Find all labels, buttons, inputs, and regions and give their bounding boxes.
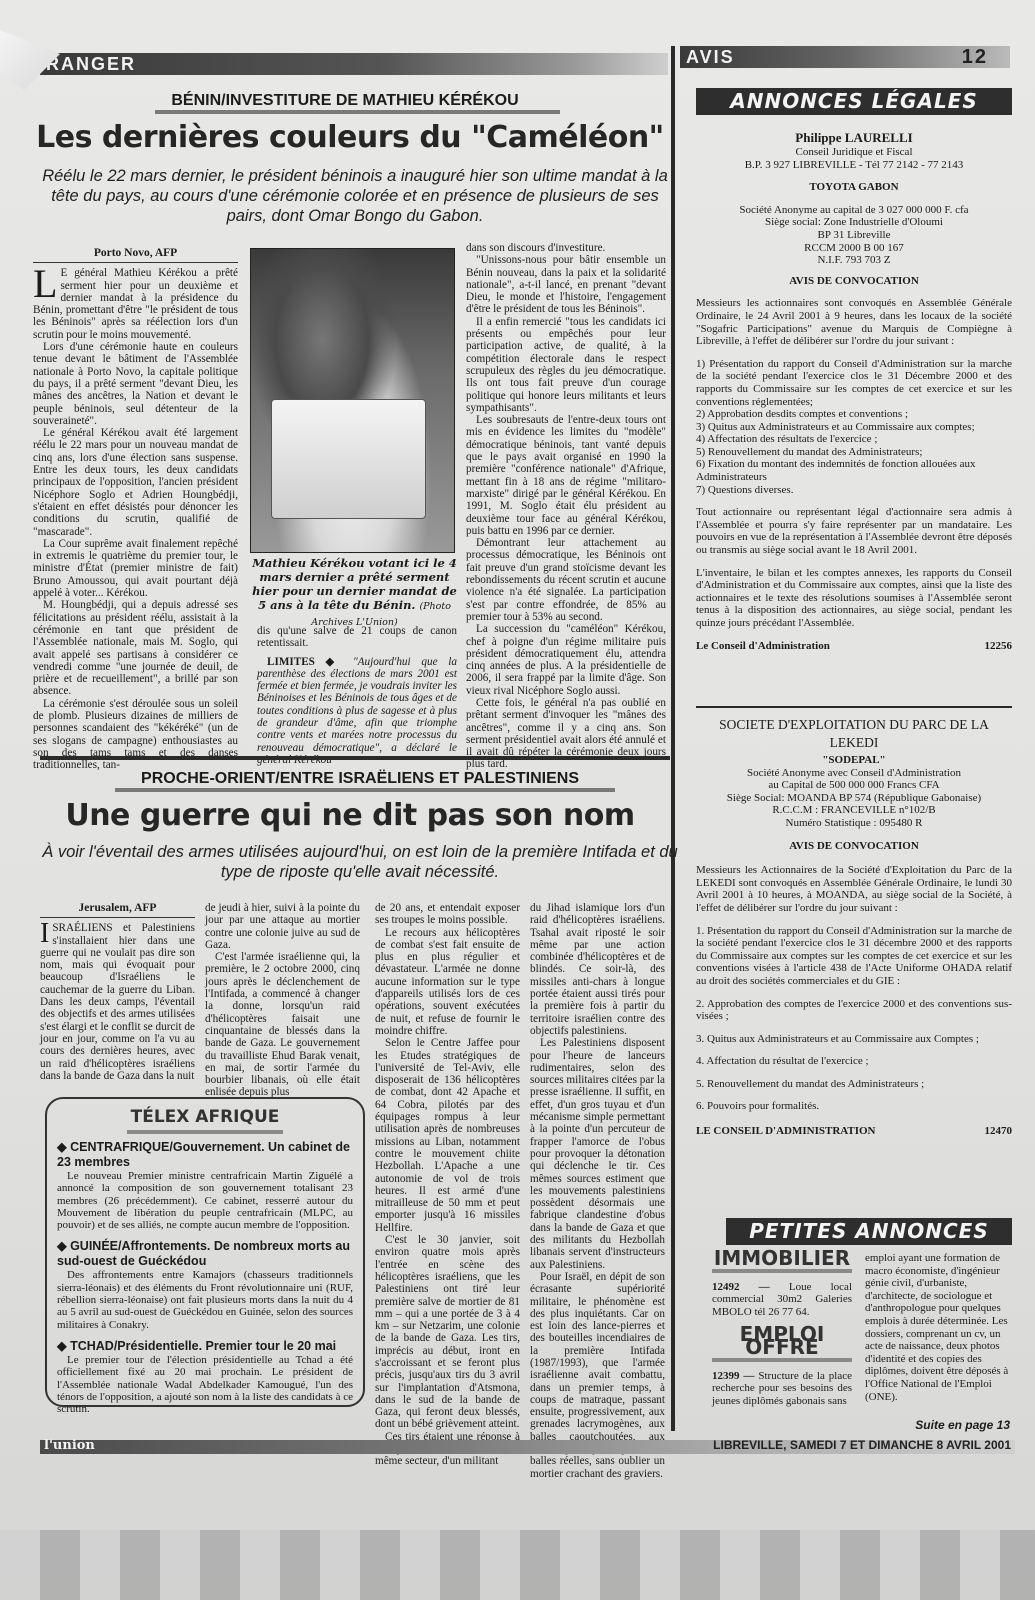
article2-column-4: du Jihad islamique lors d'un raid d'héli… [530, 902, 665, 1480]
dateline: Jerusalem, AFP [40, 902, 195, 918]
footer-band: l'union LIBREVILLE, SAMEDI 7 ET DIMANCHE… [40, 1440, 1015, 1454]
paragraph: "Unissons-nous pour bâtir ensemble un Bé… [466, 254, 666, 315]
notice-divider [696, 706, 1012, 708]
agenda-list: 1) Présentation du rapport du Conseil d'… [696, 358, 1012, 497]
paragraph-limites: LIMITES ◆ "Aujourd'hui que la parenthèse… [257, 656, 457, 767]
kicker-underline [115, 788, 615, 792]
annonces-legales-banner: ANNONCES LÉGALES [696, 88, 1012, 115]
continued-note: Suite en page 13 [880, 1418, 1010, 1432]
paragraph: Le général Kérékou avait été largement r… [33, 427, 238, 538]
classified-ad: 12399 — Structure de la place recherche … [712, 1370, 852, 1408]
paragraph: M. Houngbédji, qui a depuis adressé ses … [33, 599, 238, 697]
article2-column-3: de 20 ans, et entendait exposer ses trou… [375, 902, 520, 1468]
column-divider [671, 46, 675, 1431]
notice-ref: 12256 [985, 640, 1013, 653]
masthead-logo: l'union [44, 1438, 95, 1453]
dateline: Porto Novo, AFP [33, 247, 238, 263]
paragraph: Les soubresauts de l'entre-deux tours on… [466, 414, 666, 537]
page-number: 12 [962, 46, 988, 68]
footer-dateline: LIBREVILLE, SAMEDI 7 ET DIMANCHE 8 AVRIL… [713, 1438, 1011, 1452]
photo-kerekou-voting [250, 248, 455, 553]
article1-deck: Réélu le 22 mars dernier, le président b… [30, 166, 680, 226]
section-band-right: AVIS 12 [680, 46, 1010, 68]
notice-title: AVIS DE CONVOCATION [696, 275, 1012, 288]
notice-ref: 12470 [985, 1125, 1013, 1138]
article1-column-3: dans son discours d'investiture. "Unisso… [466, 242, 666, 771]
photo-caption: Mathieu Kérékou votant ici le 4 mars der… [252, 556, 457, 630]
article2-headline: Une guerre qui ne dit pas son nom [40, 796, 660, 836]
paragraph: du Jihad islamique lors d'un raid d'héli… [530, 902, 665, 1037]
paragraph: La cérémonie s'est déroulée sous un sole… [33, 698, 238, 772]
telex-item-text: Des affrontements entre Kamajors (chasse… [57, 1269, 353, 1330]
article2-column-1: Jerusalem, AFP ISRAÉLIENS et Palestinien… [40, 902, 195, 1082]
paragraph: de 20 ans, et entendait exposer ses trou… [375, 902, 520, 927]
kicker-underline [155, 110, 560, 114]
paragraph: LE général Mathieu Kérékou a prêté serme… [33, 267, 238, 341]
petites-annonces-banner: PETITES ANNONCES [726, 1218, 1012, 1245]
paragraph: Démontrant leur attachement au processus… [466, 537, 666, 623]
notice-toyota-gabon: Philippe LAURELLI Conseil Juridique et F… [696, 130, 1012, 652]
notice-sodepal: SOCIETE D'EXPLOITATION DU PARC DE LA LEK… [696, 716, 1012, 1138]
category-emploi-offre: EMPLOI OFFRE [712, 1328, 852, 1353]
notice-signature-row: LE CONSEIL D'ADMINISTRATION 12470 [696, 1125, 1012, 1138]
paragraph: dans son discours d'investiture. [466, 242, 666, 254]
telex-item-headline: ◆ CENTRAFRIQUE/Gouvernement. Un cabinet … [57, 1140, 353, 1170]
article2-column-2: de jeudi à hier, suivi à la pointe du jo… [205, 902, 360, 1099]
agenda-list: 1. Présentation du rapport du Conseil d'… [696, 925, 1012, 1114]
newspaper-page: RANGER AVIS 12 BÉNIN/INVESTITURE DE MATH… [0, 0, 1035, 1600]
telex-item-headline: ◆ GUINÉE/Affrontements. De nombreux mort… [57, 1239, 353, 1269]
notice-title: AVIS DE CONVOCATION [696, 840, 1012, 853]
folded-corner [0, 30, 60, 90]
paragraph: Selon le Centre Jaffee pour les Etudes s… [375, 1037, 520, 1234]
paragraph: C'est l'armée israélienne qui, la premiè… [205, 951, 360, 1099]
classifieds-column-2: emploi ayant une formation de macro écon… [865, 1252, 1010, 1403]
article1-headline: Les dernières couleurs du "Caméléon" [20, 118, 680, 158]
paragraph: Les Palestiniens disposent pour l'heure … [530, 1037, 665, 1271]
paragraph: de jeudi à hier, suivi à la pointe du jo… [205, 902, 360, 951]
notice-signature-row: Le Conseil d'Administration 12256 [696, 640, 1012, 653]
classifieds-column-1: IMMOBILIER 12492 — Loue local commercial… [712, 1252, 852, 1407]
article1-column-2: dis qu'une salve de 21 coups de canon re… [257, 625, 457, 766]
paragraph: C'est le 30 janvier, soit environ quatre… [375, 1234, 520, 1431]
section-title-avis: AVIS [686, 47, 735, 67]
telex-item-headline: ◆ TCHAD/Présidentielle. Premier tour le … [57, 1339, 353, 1354]
section-band-left: RANGER [40, 53, 668, 75]
section-title: RANGER [46, 54, 136, 74]
paragraph: Le recours aux hélicoptères de combat s'… [375, 927, 520, 1038]
article2-deck: À voir l'éventail des armes utilisées au… [40, 842, 680, 882]
telex-title: TÉLEX AFRIQUE [57, 1107, 353, 1127]
company-name: TOYOTA GABON [696, 181, 1012, 194]
article1-column-1: Porto Novo, AFP LE général Mathieu Kérék… [33, 247, 238, 771]
paragraph: Il a enfin remercié "tous les candidats … [466, 316, 666, 414]
telex-afrique-box: TÉLEX AFRIQUE ◆ CENTRAFRIQUE/Gouvernemen… [45, 1097, 365, 1407]
telex-item-text: Le nouveau Premier ministre centrafricai… [57, 1170, 353, 1231]
article2-kicker: PROCHE-ORIENT/ENTRE ISRAËLIENS ET PALEST… [110, 770, 610, 788]
company-name: SOCIETE D'EXPLOITATION DU PARC DE LA LEK… [696, 716, 1012, 752]
article1-kicker: BÉNIN/INVESTITURE DE MATHIEU KÉRÉKOU [130, 92, 560, 110]
paragraph: Lors d'une cérémonie haute en couleurs t… [33, 341, 238, 427]
scan-bottom-edge [0, 1530, 1035, 1600]
firm-name: Philippe LAURELLI [696, 130, 1012, 146]
paragraph: La Cour suprême avait finalement repêché… [33, 538, 238, 599]
paragraph: ISRAÉLIENS et Palestiniens s'installaien… [40, 922, 195, 1082]
classified-ad: 12492 — Loue local commercial 30m2 Galer… [712, 1281, 852, 1319]
paragraph: dis qu'une salve de 21 coups de canon re… [257, 625, 457, 650]
article-divider [40, 756, 670, 760]
telex-item-text: Le premier tour de l'élection présidenti… [57, 1354, 353, 1415]
ballot-box [271, 399, 426, 519]
subhead-limites: LIMITES ◆ [267, 656, 342, 668]
paragraph: La succession du "caméléon" Kérékou, che… [466, 623, 666, 697]
drop-cap: L [33, 267, 57, 301]
category-immobilier: IMMOBILIER [712, 1252, 852, 1265]
drop-cap: I [40, 922, 49, 946]
telex-title-underline [127, 1130, 283, 1134]
